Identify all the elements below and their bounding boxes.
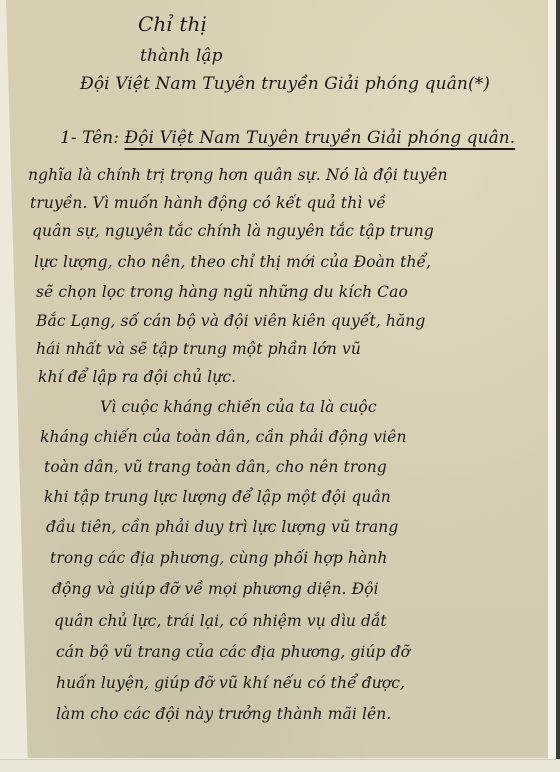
paragraph2-line: đầu tiên, cần phải duy trì lực lượng vũ … (46, 518, 398, 536)
paragraph1-line: nghĩa là chính trị trọng hơn quân sự. Nó… (28, 166, 448, 184)
document-subtitle: thành lập (140, 46, 223, 66)
paragraph2-line: cán bộ vũ trang của các địa phương, giúp… (56, 643, 410, 661)
section-label: Tên: (82, 128, 119, 148)
section-1-heading: 1- Tên: Đội Việt Nam Tuyên truyền Giải p… (60, 128, 515, 148)
section-name: Đội Việt Nam Tuyên truyền Giải phóng quâ… (124, 128, 515, 148)
paragraph1-line: Bắc Lạng, số cán bộ và đội viên kiên quy… (36, 312, 425, 330)
paragraph2-line: động và giúp đỡ về mọi phương diện. Đội (52, 580, 379, 598)
paragraph1-line: truyền. Vì muốn hành động có kết quả thì… (30, 194, 386, 212)
handwritten-directive: Chỉ thị thành lập Đội Việt Nam Tuyên tru… (0, 0, 560, 772)
paragraph2-line: huấn luyện, giúp đỡ vũ khí nếu có thể đư… (56, 674, 405, 692)
paragraph2-line: quân chủ lực, trái lại, có nhiệm vụ dìu … (54, 612, 387, 630)
paragraph2-line: Vì cuộc kháng chiến của ta là cuộc (100, 398, 377, 416)
section-number: 1- (60, 128, 77, 148)
paragraph2-line: làm cho các đội này trưởng thành mãi lên… (56, 705, 391, 723)
document-heading: Đội Việt Nam Tuyên truyền Giải phóng quâ… (80, 74, 490, 94)
paragraph1-line: lực lượng, cho nên, theo chỉ thị mới của… (34, 253, 431, 271)
paragraph1-line: khí để lập ra đội chủ lực. (38, 368, 236, 386)
paragraph1-line: quân sự, nguyên tắc chính là nguyên tắc … (32, 222, 434, 240)
paragraph2-line: kháng chiến của toàn dân, cần phải động … (40, 428, 407, 446)
document-title: Chỉ thị (138, 12, 207, 36)
paragraph1-line: sẽ chọn lọc trong hàng ngũ những du kích… (36, 283, 408, 301)
paragraph2-line: khi tập trung lực lượng để lập một đội q… (44, 488, 391, 506)
paragraph2-line: toàn dân, vũ trang toàn dân, cho nên tro… (44, 458, 387, 476)
paragraph2-line: trong các địa phương, cùng phối hợp hành (50, 549, 387, 567)
paragraph1-line: hái nhất và sẽ tập trung một phần lớn vũ (36, 340, 361, 358)
